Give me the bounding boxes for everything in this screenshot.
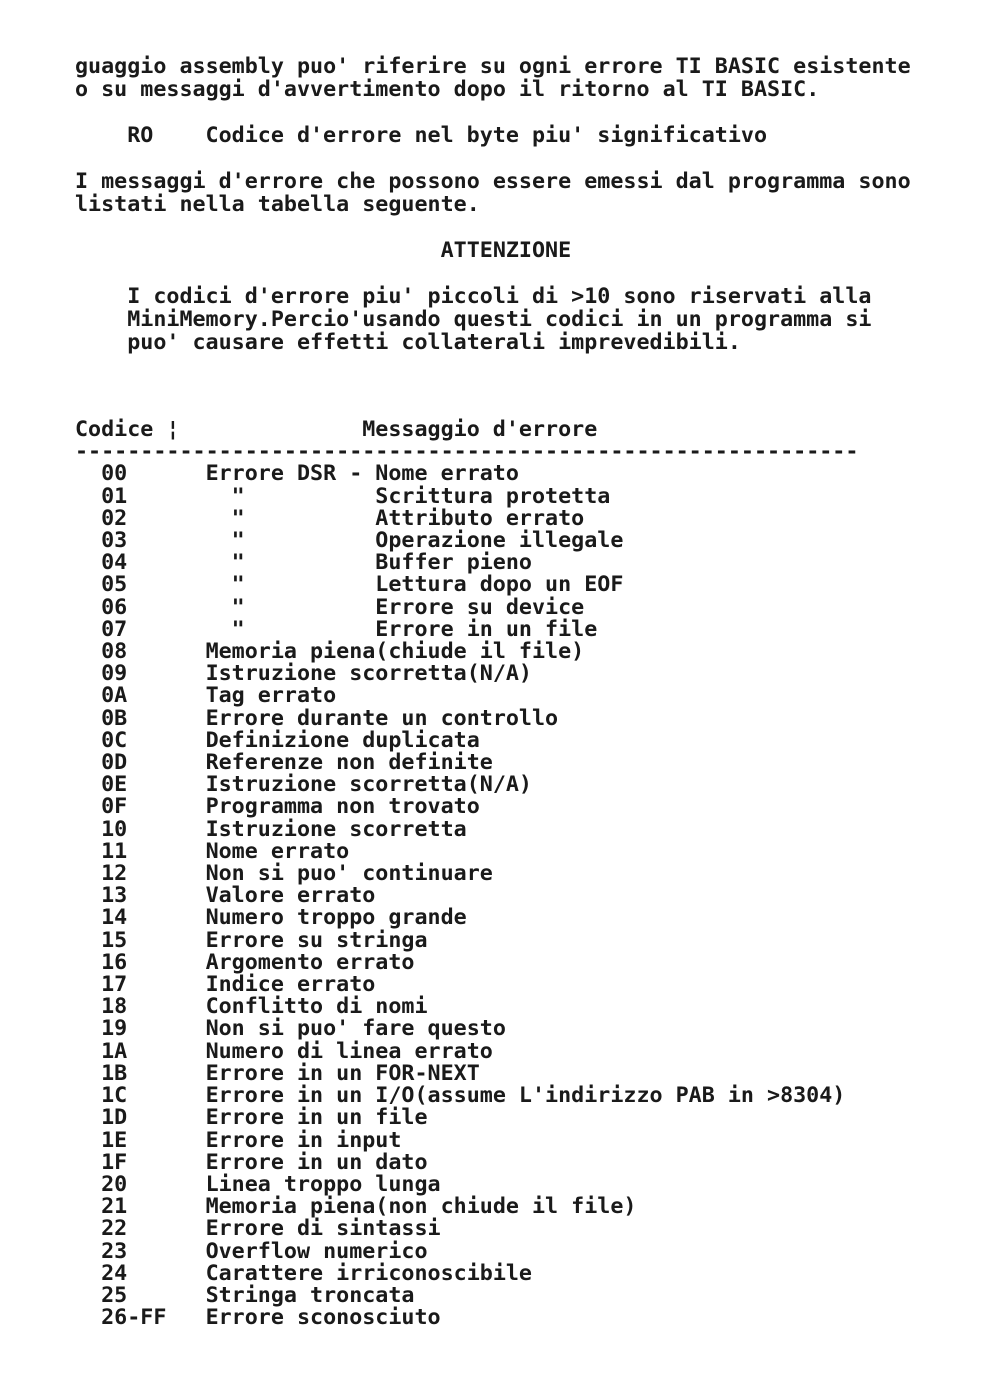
table-row: 1EErrore in input bbox=[75, 1130, 980, 1152]
error-code: 05 bbox=[101, 574, 205, 596]
table-row: 1CErrore in un I/O(assume L'indirizzo PA… bbox=[75, 1085, 980, 1107]
table-row: 19Non si puo' fare questo bbox=[75, 1018, 980, 1040]
document-page: guaggio assembly puo' riferire su ogni e… bbox=[0, 0, 1000, 1388]
error-code: 02 bbox=[101, 508, 205, 530]
table-row: 09Istruzione scorretta(N/A) bbox=[75, 663, 980, 685]
error-table-body: 00Errore DSR -Nome errato01"Scrittura pr… bbox=[75, 463, 980, 1329]
error-code: 23 bbox=[101, 1241, 205, 1263]
error-code: 17 bbox=[101, 974, 205, 996]
error-code: 0F bbox=[101, 796, 205, 818]
table-row: 0FProgramma non trovato bbox=[75, 796, 980, 818]
error-code: 26-FF bbox=[101, 1307, 205, 1329]
error-code: 11 bbox=[101, 841, 205, 863]
ditto-mark: " bbox=[206, 508, 376, 530]
error-group-label: Errore DSR - bbox=[206, 463, 376, 485]
error-code: 1D bbox=[101, 1107, 205, 1129]
text-line: o su messaggi d'avvertimento dopo il rit… bbox=[75, 78, 980, 101]
error-code: 0B bbox=[101, 708, 205, 730]
error-code: 25 bbox=[101, 1285, 205, 1307]
ditto-mark: " bbox=[206, 530, 376, 552]
ditto-mark: " bbox=[206, 597, 376, 619]
table-row: 18Conflitto di nomi bbox=[75, 996, 980, 1018]
error-code: 06 bbox=[101, 597, 205, 619]
table-intro-paragraph: I messaggi d'errore che possono essere e… bbox=[75, 170, 980, 216]
table-row: 05"Lettura dopo un EOF bbox=[75, 574, 980, 596]
error-code: 0C bbox=[101, 730, 205, 752]
table-divider-line: ----------------------------------------… bbox=[75, 441, 980, 463]
table-row: 1ANumero di linea errato bbox=[75, 1041, 980, 1063]
table-row: 10Istruzione scorretta bbox=[75, 819, 980, 841]
error-code: 24 bbox=[101, 1263, 205, 1285]
table-row: 0DReferenze non definite bbox=[75, 752, 980, 774]
table-row: 07"Errore in un file bbox=[75, 619, 980, 641]
table-row: 1BErrore in un FOR-NEXT bbox=[75, 1063, 980, 1085]
error-code-table: Codice¦Messaggio d'errore --------------… bbox=[75, 419, 980, 1329]
table-row: 14Numero troppo grande bbox=[75, 907, 980, 929]
error-code: 1E bbox=[101, 1130, 205, 1152]
error-code: 10 bbox=[101, 819, 205, 841]
error-code: 21 bbox=[101, 1196, 205, 1218]
column-separator-bar: ¦ bbox=[166, 419, 362, 441]
error-code: 13 bbox=[101, 885, 205, 907]
text-line: guaggio assembly puo' riferire su ogni e… bbox=[75, 55, 980, 78]
text-line: I messaggi d'errore che possono essere e… bbox=[75, 170, 980, 193]
table-row: 00Errore DSR -Nome errato bbox=[75, 463, 980, 485]
table-row: 20Linea troppo lunga bbox=[75, 1174, 980, 1196]
table-row: 15Errore su stringa bbox=[75, 930, 980, 952]
error-code: 12 bbox=[101, 863, 205, 885]
table-row: 22Errore di sintassi bbox=[75, 1218, 980, 1240]
table-row: 04"Buffer pieno bbox=[75, 552, 980, 574]
error-code: 04 bbox=[101, 552, 205, 574]
error-code: 0D bbox=[101, 752, 205, 774]
table-row: 25Stringa troncata bbox=[75, 1285, 980, 1307]
table-row: 0ATag errato bbox=[75, 685, 980, 707]
text-line: MiniMemory.Percio'usando questi codici i… bbox=[127, 308, 980, 331]
error-code: 15 bbox=[101, 930, 205, 952]
error-code: 1F bbox=[101, 1152, 205, 1174]
ditto-mark: " bbox=[206, 486, 376, 508]
text-line: I codici d'errore piu' piccoli di >10 so… bbox=[127, 285, 980, 308]
table-row: 17Indice errato bbox=[75, 974, 980, 996]
table-row: 06"Errore su device bbox=[75, 597, 980, 619]
text-line: puo' causare effetti collaterali impreve… bbox=[127, 331, 980, 354]
table-row: 0CDefinizione duplicata bbox=[75, 730, 980, 752]
text-line: listati nella tabella seguente. bbox=[75, 193, 980, 216]
error-code: 09 bbox=[101, 663, 205, 685]
register-note-text: Codice d'errore nel byte piu' significat… bbox=[206, 123, 767, 148]
table-row: 02"Attributo errato bbox=[75, 508, 980, 530]
error-code: 19 bbox=[101, 1018, 205, 1040]
table-row: 0BErrore durante un controllo bbox=[75, 708, 980, 730]
error-code: 1A bbox=[101, 1041, 205, 1063]
error-code: 00 bbox=[101, 463, 205, 485]
table-row: 12Non si puo' continuare bbox=[75, 863, 980, 885]
register-note: ROCodice d'errore nel byte piu' signific… bbox=[75, 124, 980, 147]
table-row: 16Argomento errato bbox=[75, 952, 980, 974]
error-code: 07 bbox=[101, 619, 205, 641]
table-row: 24Carattere irriconoscibile bbox=[75, 1263, 980, 1285]
register-name: RO bbox=[127, 124, 205, 147]
ditto-mark: " bbox=[206, 574, 376, 596]
table-row: 13Valore errato bbox=[75, 885, 980, 907]
error-code: 22 bbox=[101, 1218, 205, 1240]
table-row: 1DErrore in un file bbox=[75, 1107, 980, 1129]
error-code: 18 bbox=[101, 996, 205, 1018]
attention-paragraph: I codici d'errore piu' piccoli di >10 so… bbox=[127, 285, 980, 354]
table-row: 11Nome errato bbox=[75, 841, 980, 863]
error-code: 03 bbox=[101, 530, 205, 552]
intro-paragraph: guaggio assembly puo' riferire su ogni e… bbox=[75, 55, 980, 101]
ditto-mark: " bbox=[206, 619, 376, 641]
error-code: 1B bbox=[101, 1063, 205, 1085]
error-code: 1C bbox=[101, 1085, 205, 1107]
table-row: 23Overflow numerico bbox=[75, 1241, 980, 1263]
table-row: 01"Scrittura protetta bbox=[75, 486, 980, 508]
column-header-code: Codice bbox=[75, 419, 166, 441]
ditto-mark: " bbox=[206, 552, 376, 574]
error-code: 0A bbox=[101, 685, 205, 707]
table-row: 21Memoria piena(non chiude il file) bbox=[75, 1196, 980, 1218]
error-code: 08 bbox=[101, 641, 205, 663]
table-row: 26-FFErrore sconosciuto bbox=[75, 1307, 980, 1329]
error-code: 01 bbox=[101, 486, 205, 508]
error-message: Errore sconosciuto bbox=[206, 1305, 441, 1330]
error-code: 14 bbox=[101, 907, 205, 929]
table-row: 0EIstruzione scorretta(N/A) bbox=[75, 774, 980, 796]
error-code: 20 bbox=[101, 1174, 205, 1196]
table-row: 08Memoria piena(chiude il file) bbox=[75, 641, 980, 663]
table-row: 1FErrore in un dato bbox=[75, 1152, 980, 1174]
error-code: 16 bbox=[101, 952, 205, 974]
error-code: 0E bbox=[101, 774, 205, 796]
table-row: 03"Operazione illegale bbox=[75, 530, 980, 552]
table-header: Codice¦Messaggio d'errore bbox=[75, 419, 980, 441]
attention-heading: ATTENZIONE bbox=[441, 239, 980, 262]
